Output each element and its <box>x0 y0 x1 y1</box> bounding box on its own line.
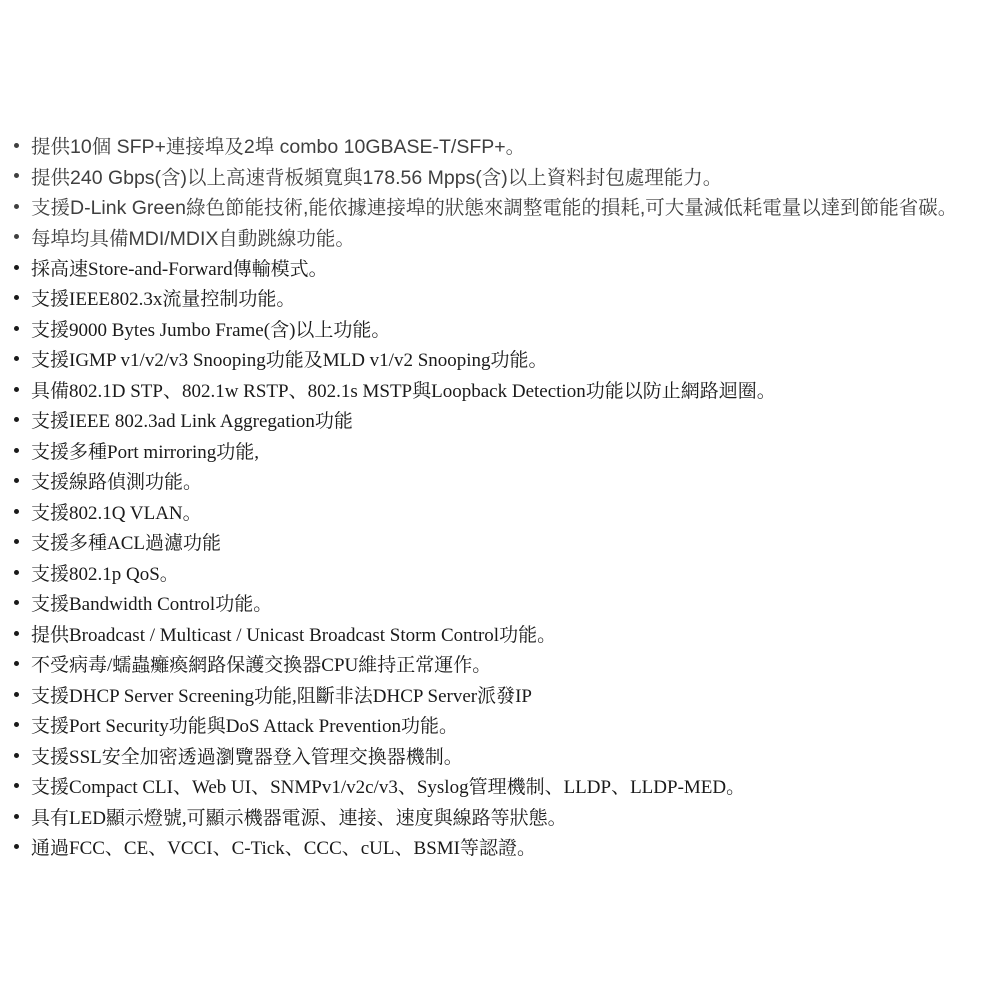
bullet-icon <box>14 783 19 788</box>
bullet-icon <box>14 692 19 697</box>
feature-item: 支援多種Port mirroring功能, <box>14 435 1000 466</box>
feature-item: 具備802.1D STP、802.1w RSTP、802.1s MSTP與Loo… <box>14 374 1000 405</box>
feature-list: 提供10個 SFP+連接埠及2埠 combo 10GBASE-T/SFP+。 提… <box>0 0 1000 862</box>
feature-text: 提供240 Gbps(含)以上高速背板頻寬與178.56 Mpps(含)以上資料… <box>31 162 722 190</box>
bullet-icon <box>14 234 19 239</box>
feature-text: 具有LED顯示燈號,可顯示機器電源、連接、速度與線路等狀態。 <box>31 803 567 830</box>
feature-text: 採高速Store-and-Forward傳輸模式。 <box>31 254 328 281</box>
bullet-icon <box>14 539 19 544</box>
feature-text: 支援D-Link Green綠色節能技術,能依據連接埠的狀態來調整電能的損耗,可… <box>31 192 957 220</box>
feature-item: 支援Bandwidth Control功能。 <box>14 588 1000 619</box>
feature-text: 支援IEEE802.3x流量控制功能。 <box>31 284 295 311</box>
feature-item: 每埠均具備MDI/MDIX自動跳線功能。 <box>14 222 1000 253</box>
bullet-icon <box>14 387 19 392</box>
feature-item: 具有LED顯示燈號,可顯示機器電源、連接、速度與線路等狀態。 <box>14 801 1000 832</box>
feature-item: 提供Broadcast / Multicast / Unicast Broadc… <box>14 618 1000 649</box>
bullet-icon <box>14 722 19 727</box>
feature-text: 提供Broadcast / Multicast / Unicast Broadc… <box>31 620 556 647</box>
bullet-icon <box>14 661 19 666</box>
feature-text: 不受病毒/蠕蟲癱瘓網路保護交換器CPU維持正常運作。 <box>31 650 491 677</box>
feature-item: 支援9000 Bytes Jumbo Frame(含)以上功能。 <box>14 313 1000 344</box>
bullet-icon <box>14 204 19 209</box>
feature-text: 支援線路偵測功能。 <box>31 467 202 494</box>
feature-item: 支援多種ACL過濾功能 <box>14 527 1000 558</box>
bullet-icon <box>14 814 19 819</box>
feature-item: 支援IEEE802.3x流量控制功能。 <box>14 283 1000 314</box>
feature-text: 提供10個 SFP+連接埠及2埠 combo 10GBASE-T/SFP+。 <box>31 131 525 159</box>
bullet-icon <box>14 448 19 453</box>
feature-item: 提供240 Gbps(含)以上高速背板頻寬與178.56 Mpps(含)以上資料… <box>14 161 1000 192</box>
bullet-icon <box>14 417 19 422</box>
feature-item: 支援DHCP Server Screening功能,阻斷非法DHCP Serve… <box>14 679 1000 710</box>
feature-item: 支援802.1p QoS。 <box>14 557 1000 588</box>
feature-item: 支援IEEE 802.3ad Link Aggregation功能 <box>14 405 1000 436</box>
bullet-icon <box>14 265 19 270</box>
feature-item: 支援Port Security功能與DoS Attack Prevention功… <box>14 710 1000 741</box>
feature-text: 支援IEEE 802.3ad Link Aggregation功能 <box>31 406 353 433</box>
feature-text: 支援多種ACL過濾功能 <box>31 528 221 555</box>
feature-text: 支援IGMP v1/v2/v3 Snooping功能及MLD v1/v2 Sno… <box>31 345 548 372</box>
bullet-icon <box>14 844 19 849</box>
bullet-icon <box>14 570 19 575</box>
bullet-icon <box>14 356 19 361</box>
feature-item: 支援SSL安全加密透過瀏覽器登入管理交換器機制。 <box>14 740 1000 771</box>
feature-text: 支援SSL安全加密透過瀏覽器登入管理交換器機制。 <box>31 742 463 769</box>
feature-item: 通過FCC、CE、VCCI、C-Tick、CCC、cUL、BSMI等認證。 <box>14 832 1000 863</box>
feature-item: 支援線路偵測功能。 <box>14 466 1000 497</box>
feature-text: 支援Port Security功能與DoS Attack Prevention功… <box>31 711 458 738</box>
bullet-icon <box>14 326 19 331</box>
bullet-icon <box>14 143 19 148</box>
feature-text: 支援9000 Bytes Jumbo Frame(含)以上功能。 <box>31 315 390 342</box>
bullet-icon <box>14 295 19 300</box>
feature-text: 具備802.1D STP、802.1w RSTP、802.1s MSTP與Loo… <box>31 376 776 403</box>
bullet-icon <box>14 173 19 178</box>
feature-text: 支援802.1Q VLAN。 <box>31 498 202 525</box>
product-features-page: 提供10個 SFP+連接埠及2埠 combo 10GBASE-T/SFP+。 提… <box>0 0 1000 1000</box>
bullet-icon <box>14 478 19 483</box>
bullet-icon <box>14 753 19 758</box>
feature-item: 提供10個 SFP+連接埠及2埠 combo 10GBASE-T/SFP+。 <box>14 130 1000 161</box>
feature-item: 支援802.1Q VLAN。 <box>14 496 1000 527</box>
feature-text: 支援DHCP Server Screening功能,阻斷非法DHCP Serve… <box>31 681 532 708</box>
feature-item: 支援D-Link Green綠色節能技術,能依據連接埠的狀態來調整電能的損耗,可… <box>14 191 1000 222</box>
feature-text: 支援Compact CLI、Web UI、SNMPv1/v2c/v3、Syslo… <box>31 772 745 799</box>
bullet-icon <box>14 509 19 514</box>
feature-text: 支援802.1p QoS。 <box>31 559 179 586</box>
feature-text: 支援Bandwidth Control功能。 <box>31 589 272 616</box>
bullet-icon <box>14 631 19 636</box>
feature-text: 每埠均具備MDI/MDIX自動跳線功能。 <box>31 223 355 251</box>
feature-item: 採高速Store-and-Forward傳輸模式。 <box>14 252 1000 283</box>
feature-text: 通過FCC、CE、VCCI、C-Tick、CCC、cUL、BSMI等認證。 <box>31 833 536 860</box>
feature-item: 不受病毒/蠕蟲癱瘓網路保護交換器CPU維持正常運作。 <box>14 649 1000 680</box>
bullet-icon <box>14 600 19 605</box>
feature-text: 支援多種Port mirroring功能, <box>31 437 259 464</box>
feature-item: 支援Compact CLI、Web UI、SNMPv1/v2c/v3、Syslo… <box>14 771 1000 802</box>
feature-item: 支援IGMP v1/v2/v3 Snooping功能及MLD v1/v2 Sno… <box>14 344 1000 375</box>
